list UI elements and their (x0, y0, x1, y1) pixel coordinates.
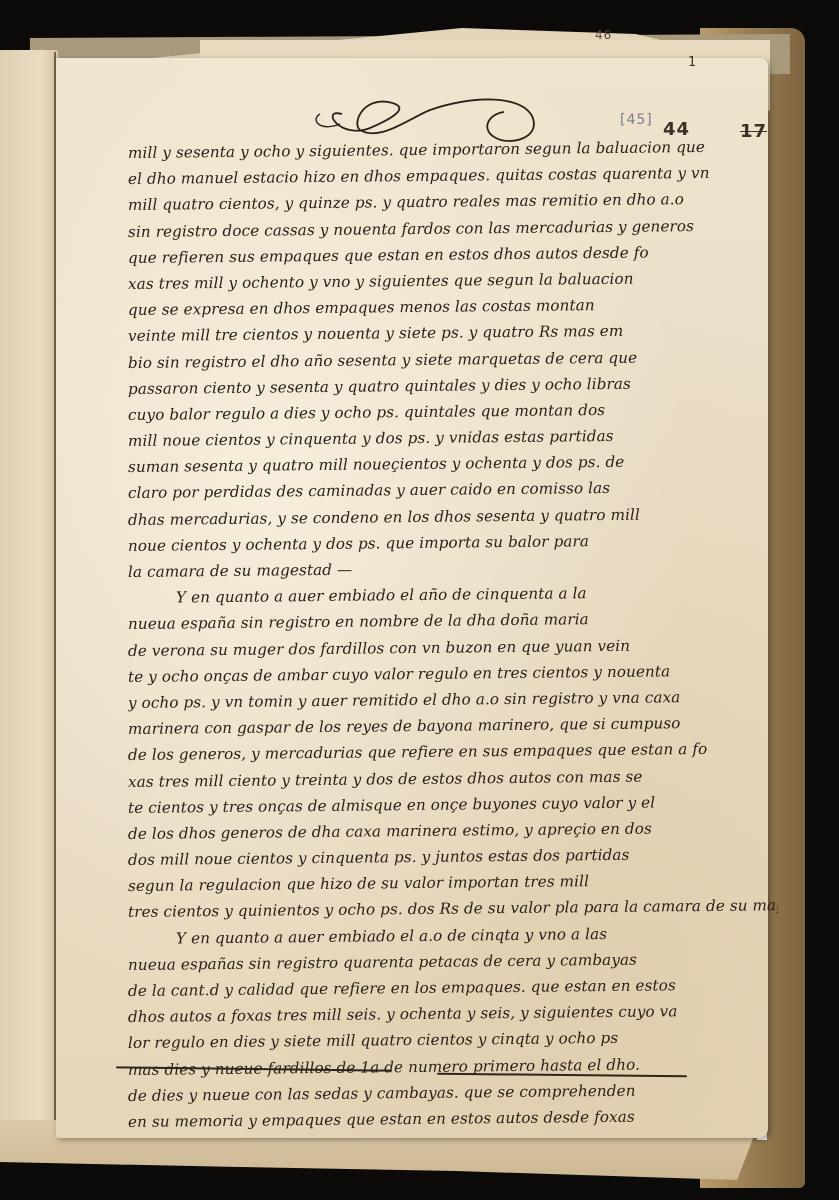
folio-number-top-edge: 46 (595, 28, 612, 42)
folio-number-pencil: [45] (620, 112, 653, 128)
facing-page-edge (0, 50, 58, 1150)
text-line: en su memoria y empaques que estan en es… (128, 1102, 778, 1135)
folio-number-top-sheet: 1 (688, 55, 697, 70)
manuscript-scan: 46 1 [45] 44 17 mill y sesenta y ocho y … (0, 0, 839, 1200)
manuscript-text: mill y sesenta y ocho y siguientes. que … (128, 140, 778, 1135)
